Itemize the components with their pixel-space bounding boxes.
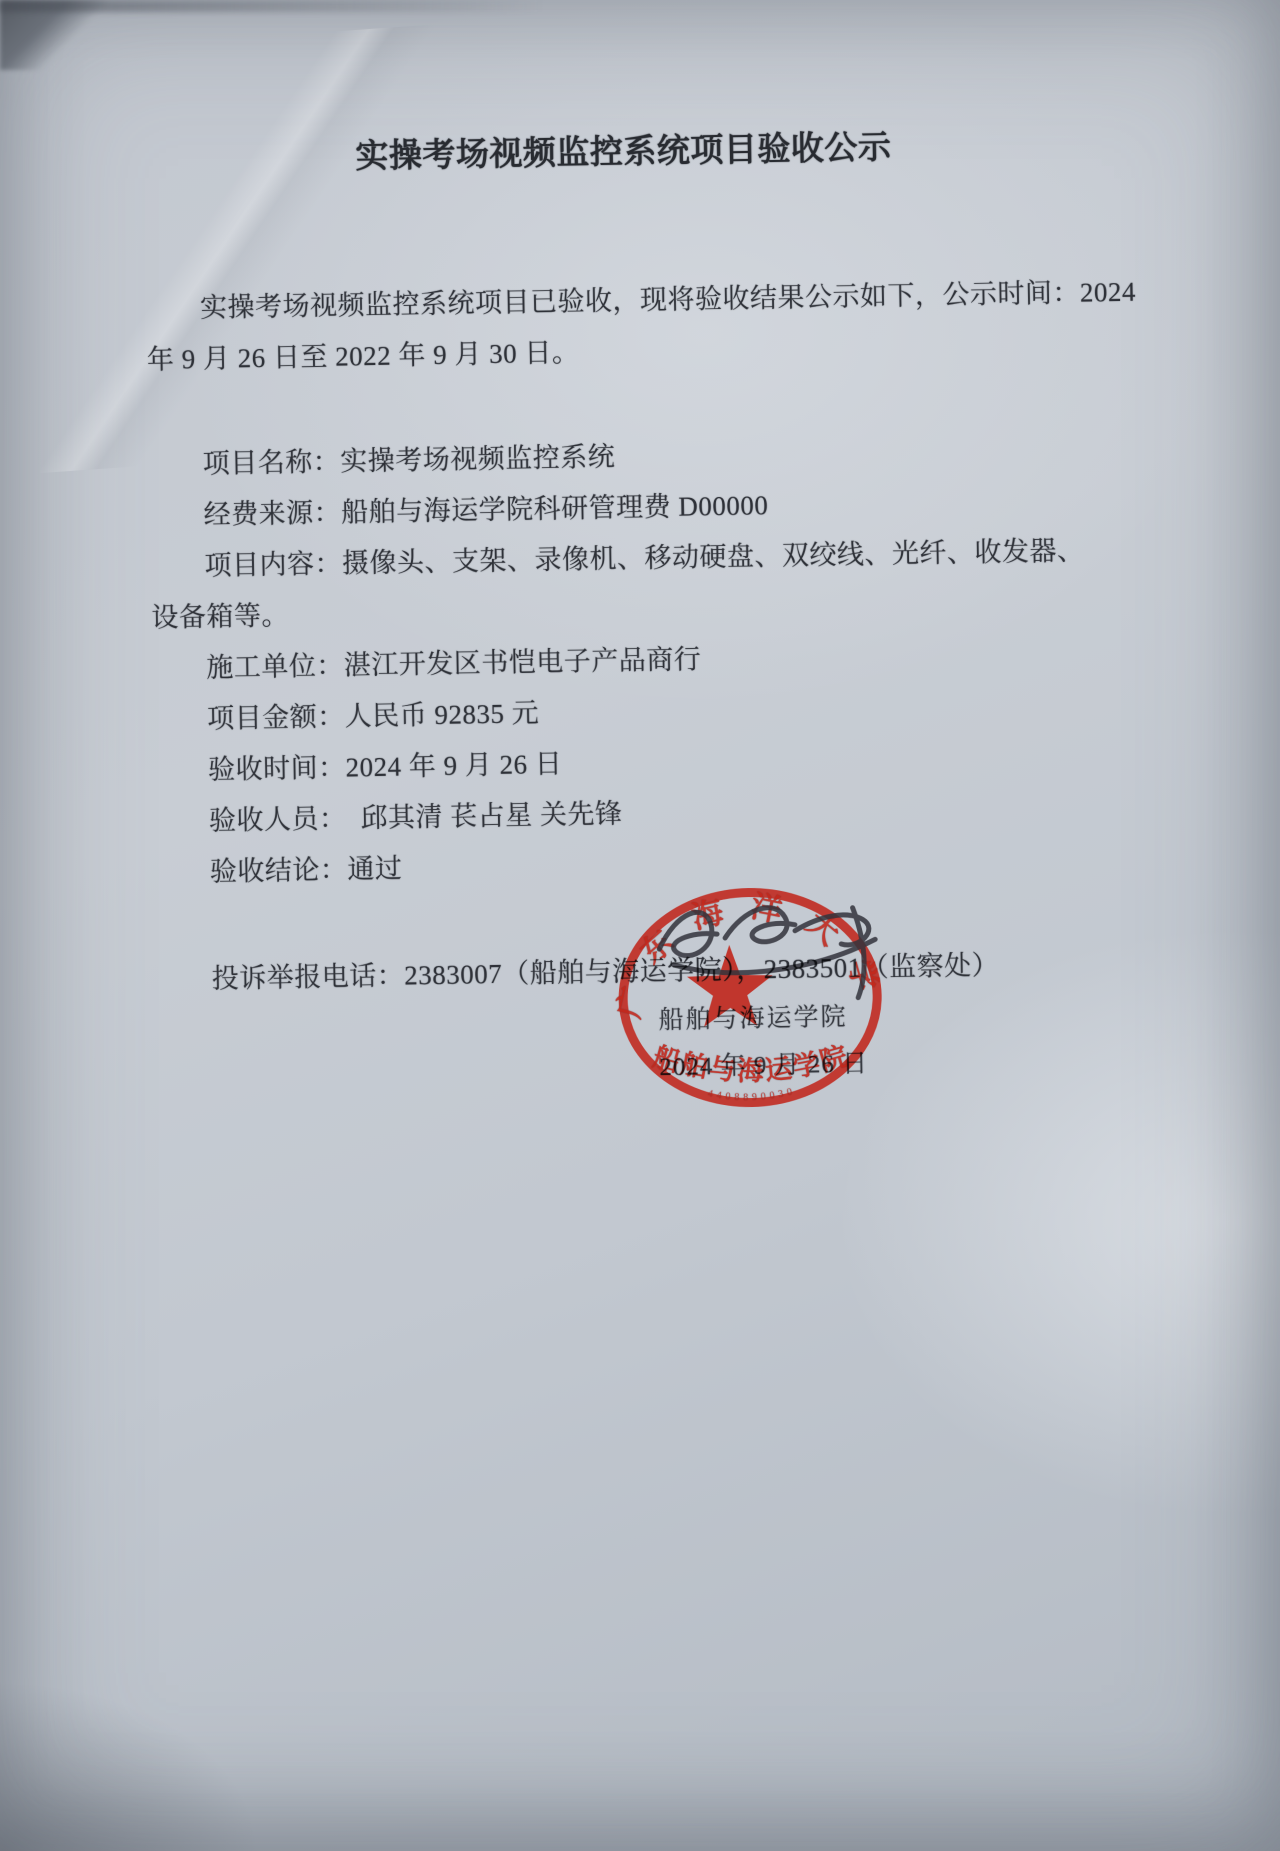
field-list: 项目名称：实操考场视频监控系统 经费来源：船舶与海运学院科研管理费 D00000… [148, 423, 1116, 899]
bottom-left-shadow [0, 1681, 260, 1851]
field-value: 实操考场视频监控系统 [340, 442, 615, 477]
field-label: 经费来源： [203, 498, 341, 530]
field-label: 验收人员： [209, 804, 334, 836]
document: 实操考场视频监控系统项目验收公示 实操考场视频监控系统项目已验收，现将验收结果公… [143, 117, 1138, 1006]
field-value: 2024 年 9 月 26 日 [345, 749, 562, 783]
field-value: 湛江开发区书恺电子产品商行 [344, 644, 702, 680]
seal-star-icon [686, 944, 773, 1027]
field-label: 项目名称： [203, 447, 341, 479]
seal-graphic: 广东海洋大学 船舶与海运学院 4408890030 [596, 873, 910, 1130]
field-label: 项目内容： [204, 549, 342, 581]
photo-background: 实操考场视频监控系统项目验收公示 实操考场视频监控系统项目已验收，现将验收结果公… [0, 0, 1280, 1851]
field-value: 通过 [347, 854, 403, 885]
paper-top-edge-shadow [0, 0, 640, 12]
field-project-content: 项目内容：摄像头、支架、录像机、移动硬盘、双绞线、光纤、收发器、设备箱等。 [150, 525, 1112, 644]
intro-paragraph: 实操考场视频监控系统项目已验收，现将验收结果公示如下，公示时间：2024 年 9… [146, 267, 1128, 386]
field-label: 施工单位： [206, 651, 344, 683]
field-value: 船舶与海运学院科研管理费 D00000 [341, 490, 769, 527]
field-label: 项目金额： [207, 702, 345, 734]
official-seal: 广东海洋大学 船舶与海运学院 4408890030 [596, 873, 910, 1130]
field-label: 验收结论： [210, 855, 348, 887]
field-value: 邱其清 苌占星 关先锋 [333, 799, 623, 834]
field-label: 验收时间： [208, 753, 346, 785]
field-value: 人民币 92835 元 [344, 698, 539, 731]
